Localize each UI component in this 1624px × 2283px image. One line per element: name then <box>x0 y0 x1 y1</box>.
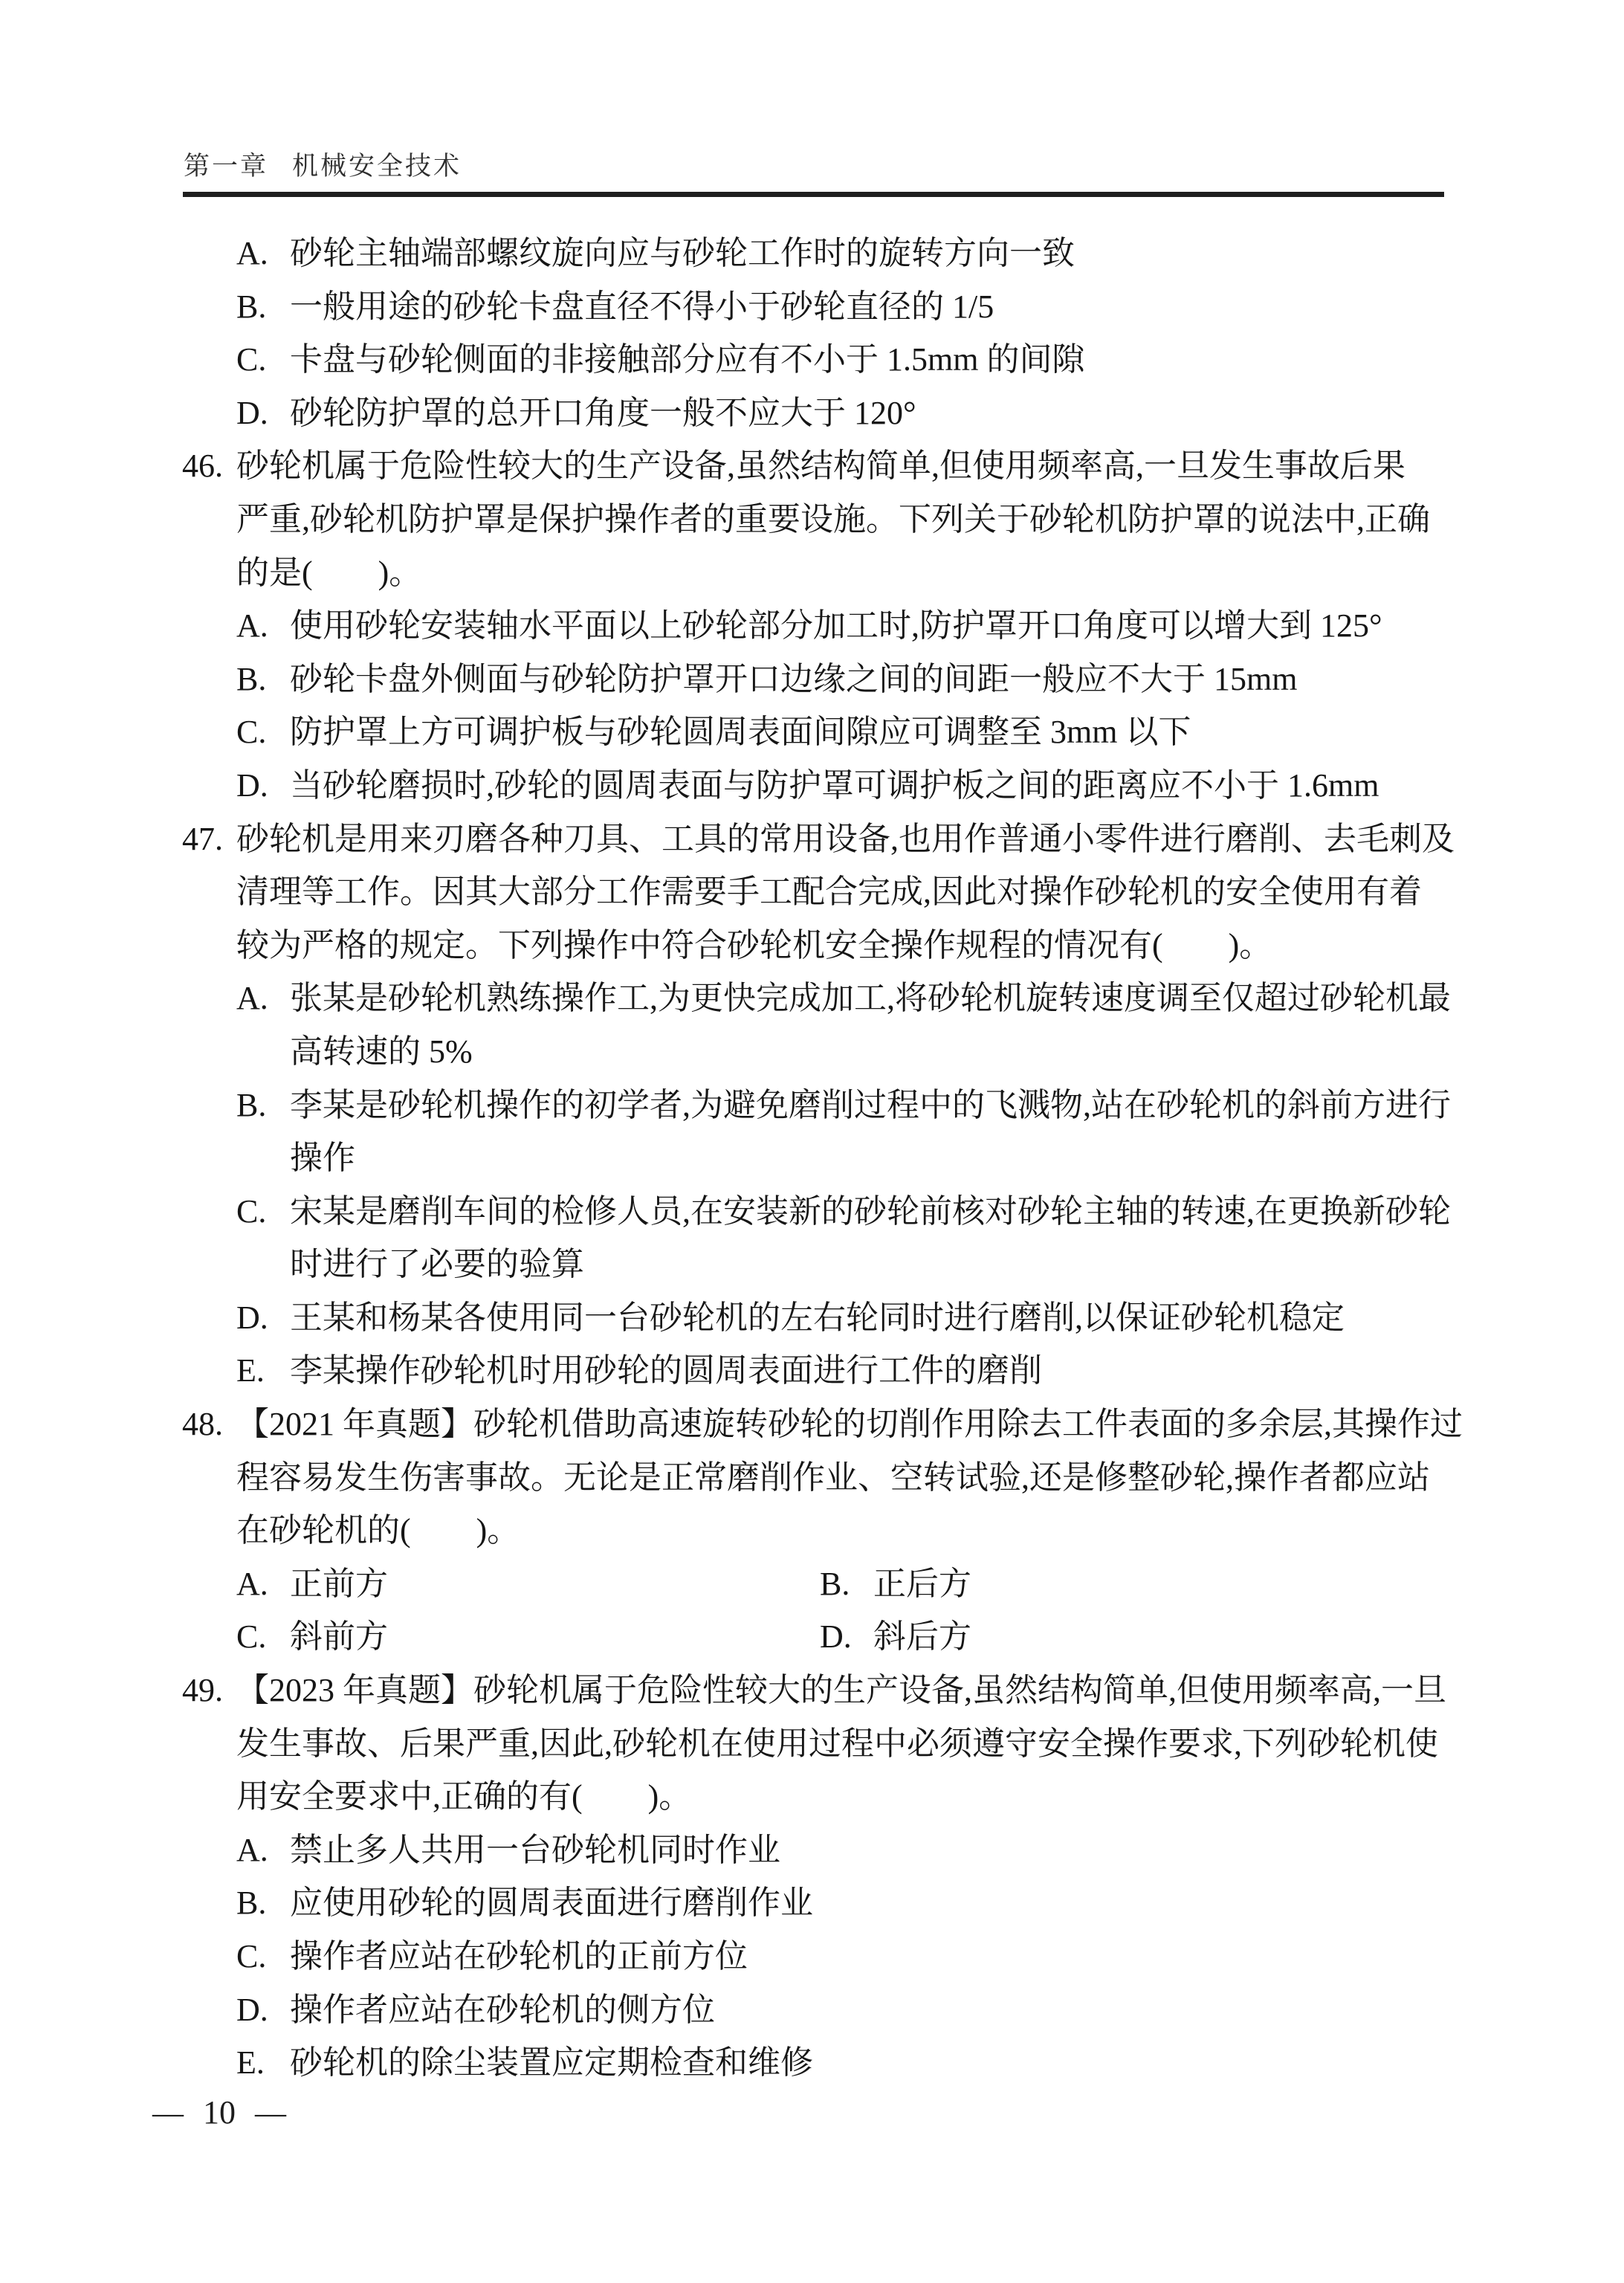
question-line: 49.【2023 年真题】砂轮机属于危险性较大的生产设备,虽然结构简单,但使用频… <box>0 1664 1624 1717</box>
option-label: D. <box>236 387 290 440</box>
option-line: A.禁止多人共用一台砂轮机同时作业 <box>0 1824 1624 1877</box>
option-line: E.李某操作砂轮机时用砂轮的圆周表面进行工件的磨削 <box>0 1344 1624 1398</box>
option-label: D. <box>820 1610 873 1664</box>
option-text: 砂轮防护罩的总开口角度一般不应大于 120° <box>290 395 916 431</box>
book-page: 第一章机械安全技术 A.砂轮主轴端部螺纹旋向应与砂轮工作时的旋转方向一致B.一般… <box>0 0 1624 2283</box>
option-text: 操作者应站在砂轮机的正前方位 <box>290 1938 748 1974</box>
option-col2: D.斜后方 <box>820 1610 971 1664</box>
option-line: B.砂轮卡盘外侧面与砂轮防护罩开口边缘之间的间距一般应不大于 15mm <box>0 653 1624 706</box>
option-line: A.砂轮主轴端部螺纹旋向应与砂轮工作时的旋转方向一致 <box>0 227 1624 280</box>
option-line: C.宋某是磨削车间的检修人员,在安装新的砂轮前核对砂轮主轴的转速,在更换新砂轮 <box>0 1185 1624 1239</box>
option-label: C. <box>236 333 290 387</box>
option-label: B. <box>236 280 290 334</box>
question-text: 程容易发生伤害事故。无论是正常磨削作业、空转试验,还是修整砂轮,操作者都应站 <box>236 1459 1430 1496</box>
option-line: A.使用砂轮安装轴水平面以上砂轮部分加工时,防护罩开口角度可以增大到 125° <box>0 599 1624 653</box>
option-line: B.李某是砂轮机操作的初学者,为避免磨削过程中的飞溅物,站在砂轮机的斜前方进行 <box>0 1079 1624 1132</box>
option-text: 李某是砂轮机操作的初学者,为避免磨削过程中的飞溅物,站在砂轮机的斜前方进行 <box>290 1087 1451 1123</box>
question-tag: 【2023 年真题】 <box>236 1672 473 1708</box>
option-continuation-line: 时进行了必要的验算 <box>0 1238 1624 1291</box>
option-text: 禁止多人共用一台砂轮机同时作业 <box>290 1832 780 1868</box>
option-label: B. <box>820 1557 873 1611</box>
question-line: 47.砂轮机是用来刃磨各种刀具、工具的常用设备,也用作普通小零件进行磨削、去毛刺… <box>0 813 1624 866</box>
option-label: A. <box>236 1824 290 1877</box>
option-line: C.操作者应站在砂轮机的正前方位 <box>0 1930 1624 1983</box>
option-label: D. <box>236 759 290 813</box>
option-label: E. <box>236 2036 290 2090</box>
option-text: 当砂轮磨损时,砂轮的圆周表面与防护罩可调护板之间的距离应不小于 1.6mm <box>290 767 1379 804</box>
question-number: 46. <box>182 439 236 493</box>
header-rule <box>183 192 1444 197</box>
option-text: 正后方 <box>873 1566 971 1602</box>
question-text: 砂轮机是用来刃磨各种刀具、工具的常用设备,也用作普通小零件进行磨削、去毛刺及 <box>236 821 1455 857</box>
question-line: 46.砂轮机属于危险性较大的生产设备,虽然结构简单,但使用频率高,一旦发生事故后… <box>0 439 1624 493</box>
option-label: B. <box>236 1079 290 1132</box>
question-text: 用安全要求中,正确的有( )。 <box>236 1778 691 1815</box>
question-text: 的是( )。 <box>236 555 421 591</box>
footer-left-dash: — <box>152 2096 184 2131</box>
option-line: C.防护罩上方可调护板与砂轮圆周表面间隙应可调整至 3mm 以下 <box>0 705 1624 759</box>
option-text: 操作 <box>290 1140 355 1176</box>
question-text: 砂轮机属于危险性较大的生产设备,虽然结构简单,但使用频率高,一旦 <box>473 1672 1446 1708</box>
option-text: 斜后方 <box>873 1618 971 1655</box>
option-text: 宋某是磨削车间的检修人员,在安装新的砂轮前核对砂轮主轴的转速,在更换新砂轮 <box>290 1193 1451 1230</box>
option-label: C. <box>236 1610 290 1664</box>
question-text: 砂轮机借助高速旋转砂轮的切削作用除去工件表面的多余层,其操作过 <box>473 1406 1463 1442</box>
option-line: D.当砂轮磨损时,砂轮的圆周表面与防护罩可调护板之间的距离应不小于 1.6mm <box>0 759 1624 813</box>
footer-right-dash: — <box>255 2096 286 2131</box>
option-line: C.卡盘与砂轮侧面的非接触部分应有不小于 1.5mm 的间隙 <box>0 333 1624 387</box>
option-text: 张某是砂轮机熟练操作工,为更快完成加工,将砂轮机旋转速度调至仅超过砂轮机最 <box>290 980 1451 1016</box>
question-tag: 【2021 年真题】 <box>236 1406 473 1442</box>
option-text: 卡盘与砂轮侧面的非接触部分应有不小于 1.5mm 的间隙 <box>290 341 1084 378</box>
question-text-line: 严重,砂轮机防护罩是保护操作者的重要设施。下列关于砂轮机防护罩的说法中,正确 <box>0 493 1624 546</box>
option-col2: B.正后方 <box>820 1557 971 1611</box>
chapter-header: 第一章机械安全技术 <box>184 146 462 183</box>
option-text: 应使用砂轮的圆周表面进行磨削作业 <box>290 1885 813 1921</box>
question-number: 48. <box>182 1398 236 1451</box>
option-label: C. <box>236 705 290 759</box>
option-line: E.砂轮机的除尘装置应定期检查和维修 <box>0 2036 1624 2090</box>
option-text: 高转速的 5% <box>290 1033 473 1070</box>
question-text-line: 的是( )。 <box>0 546 1624 600</box>
option-text: 正前方 <box>290 1566 388 1602</box>
question-number: 47. <box>182 813 236 866</box>
option-text: 时进行了必要的验算 <box>290 1246 584 1282</box>
chapter-title: 机械安全技术 <box>292 152 462 181</box>
option-line: D.王某和杨某各使用同一台砂轮机的左右轮同时进行磨削,以保证砂轮机稳定 <box>0 1291 1624 1345</box>
option-text: 一般用途的砂轮卡盘直径不得小于砂轮直径的 1/5 <box>290 288 994 325</box>
question-text-line: 清理等工作。因其大部分工作需要手工配合完成,因此对操作砂轮机的安全使用有着 <box>0 865 1624 919</box>
question-text-line: 较为严格的规定。下列操作中符合砂轮机安全操作规程的情况有( )。 <box>0 919 1624 972</box>
question-text: 砂轮机属于危险性较大的生产设备,虽然结构简单,但使用频率高,一旦发生事故后果 <box>236 448 1405 484</box>
option-label: D. <box>236 1291 290 1345</box>
option-text: 砂轮机的除尘装置应定期检查和维修 <box>290 2044 813 2081</box>
question-text-line: 在砂轮机的( )。 <box>0 1504 1624 1557</box>
question-text-line: 程容易发生伤害事故。无论是正常磨削作业、空转试验,还是修整砂轮,操作者都应站 <box>0 1451 1624 1505</box>
question-text-line: 用安全要求中,正确的有( )。 <box>0 1770 1624 1824</box>
option-continuation-line: 高转速的 5% <box>0 1025 1624 1079</box>
question-text: 在砂轮机的( )。 <box>236 1512 520 1549</box>
page-number: 10 <box>203 2094 236 2131</box>
option-line: D.操作者应站在砂轮机的侧方位 <box>0 1983 1624 2037</box>
question-text: 较为严格的规定。下列操作中符合砂轮机安全操作规程的情况有( )。 <box>236 927 1272 963</box>
option-text: 砂轮主轴端部螺纹旋向应与砂轮工作时的旋转方向一致 <box>290 235 1075 271</box>
option-line: A.张某是砂轮机熟练操作工,为更快完成加工,将砂轮机旋转速度调至仅超过砂轮机最 <box>0 972 1624 1025</box>
option-row: A.正前方B.正后方 <box>0 1557 1624 1611</box>
option-text: 使用砂轮安装轴水平面以上砂轮部分加工时,防护罩开口角度可以增大到 125° <box>290 607 1382 644</box>
question-text: 发生事故、后果严重,因此,砂轮机在使用过程中必须遵守安全操作要求,下列砂轮机使 <box>236 1725 1438 1762</box>
option-label: E. <box>236 1344 290 1398</box>
option-text: 防护罩上方可调护板与砂轮圆周表面间隙应可调整至 3mm 以下 <box>290 714 1191 750</box>
option-line: B.应使用砂轮的圆周表面进行磨削作业 <box>0 1876 1624 1930</box>
question-list: A.砂轮主轴端部螺纹旋向应与砂轮工作时的旋转方向一致B.一般用途的砂轮卡盘直径不… <box>0 227 1624 2090</box>
option-label: A. <box>236 227 290 280</box>
option-line: B.一般用途的砂轮卡盘直径不得小于砂轮直径的 1/5 <box>0 280 1624 334</box>
page-footer: —10— <box>152 2086 286 2140</box>
option-label: A. <box>236 599 290 653</box>
option-row: C.斜前方D.斜后方 <box>0 1610 1624 1664</box>
option-text: 李某操作砂轮机时用砂轮的圆周表面进行工件的磨削 <box>290 1352 1042 1389</box>
chapter-number: 第一章 <box>184 152 268 181</box>
option-label: A. <box>236 972 290 1025</box>
question-number: 49. <box>182 1664 236 1717</box>
option-text: 斜前方 <box>290 1618 388 1655</box>
question-text: 清理等工作。因其大部分工作需要手工配合完成,因此对操作砂轮机的安全使用有着 <box>236 874 1422 910</box>
option-continuation-line: 操作 <box>0 1131 1624 1185</box>
option-text: 王某和杨某各使用同一台砂轮机的左右轮同时进行磨削,以保证砂轮机稳定 <box>290 1299 1345 1336</box>
option-line: D.砂轮防护罩的总开口角度一般不应大于 120° <box>0 387 1624 440</box>
option-label: A. <box>236 1557 290 1611</box>
question-line: 48.【2021 年真题】砂轮机借助高速旋转砂轮的切削作用除去工件表面的多余层,… <box>0 1398 1624 1451</box>
option-label: B. <box>236 653 290 706</box>
option-text: 砂轮卡盘外侧面与砂轮防护罩开口边缘之间的间距一般应不大于 15mm <box>290 661 1297 697</box>
option-label: D. <box>236 1983 290 2037</box>
option-label: C. <box>236 1930 290 1983</box>
option-label: C. <box>236 1185 290 1239</box>
question-text: 严重,砂轮机防护罩是保护操作者的重要设施。下列关于砂轮机防护罩的说法中,正确 <box>236 501 1430 537</box>
option-label: B. <box>236 1876 290 1930</box>
option-text: 操作者应站在砂轮机的侧方位 <box>290 1992 715 2028</box>
question-text-line: 发生事故、后果严重,因此,砂轮机在使用过程中必须遵守安全操作要求,下列砂轮机使 <box>0 1717 1624 1771</box>
